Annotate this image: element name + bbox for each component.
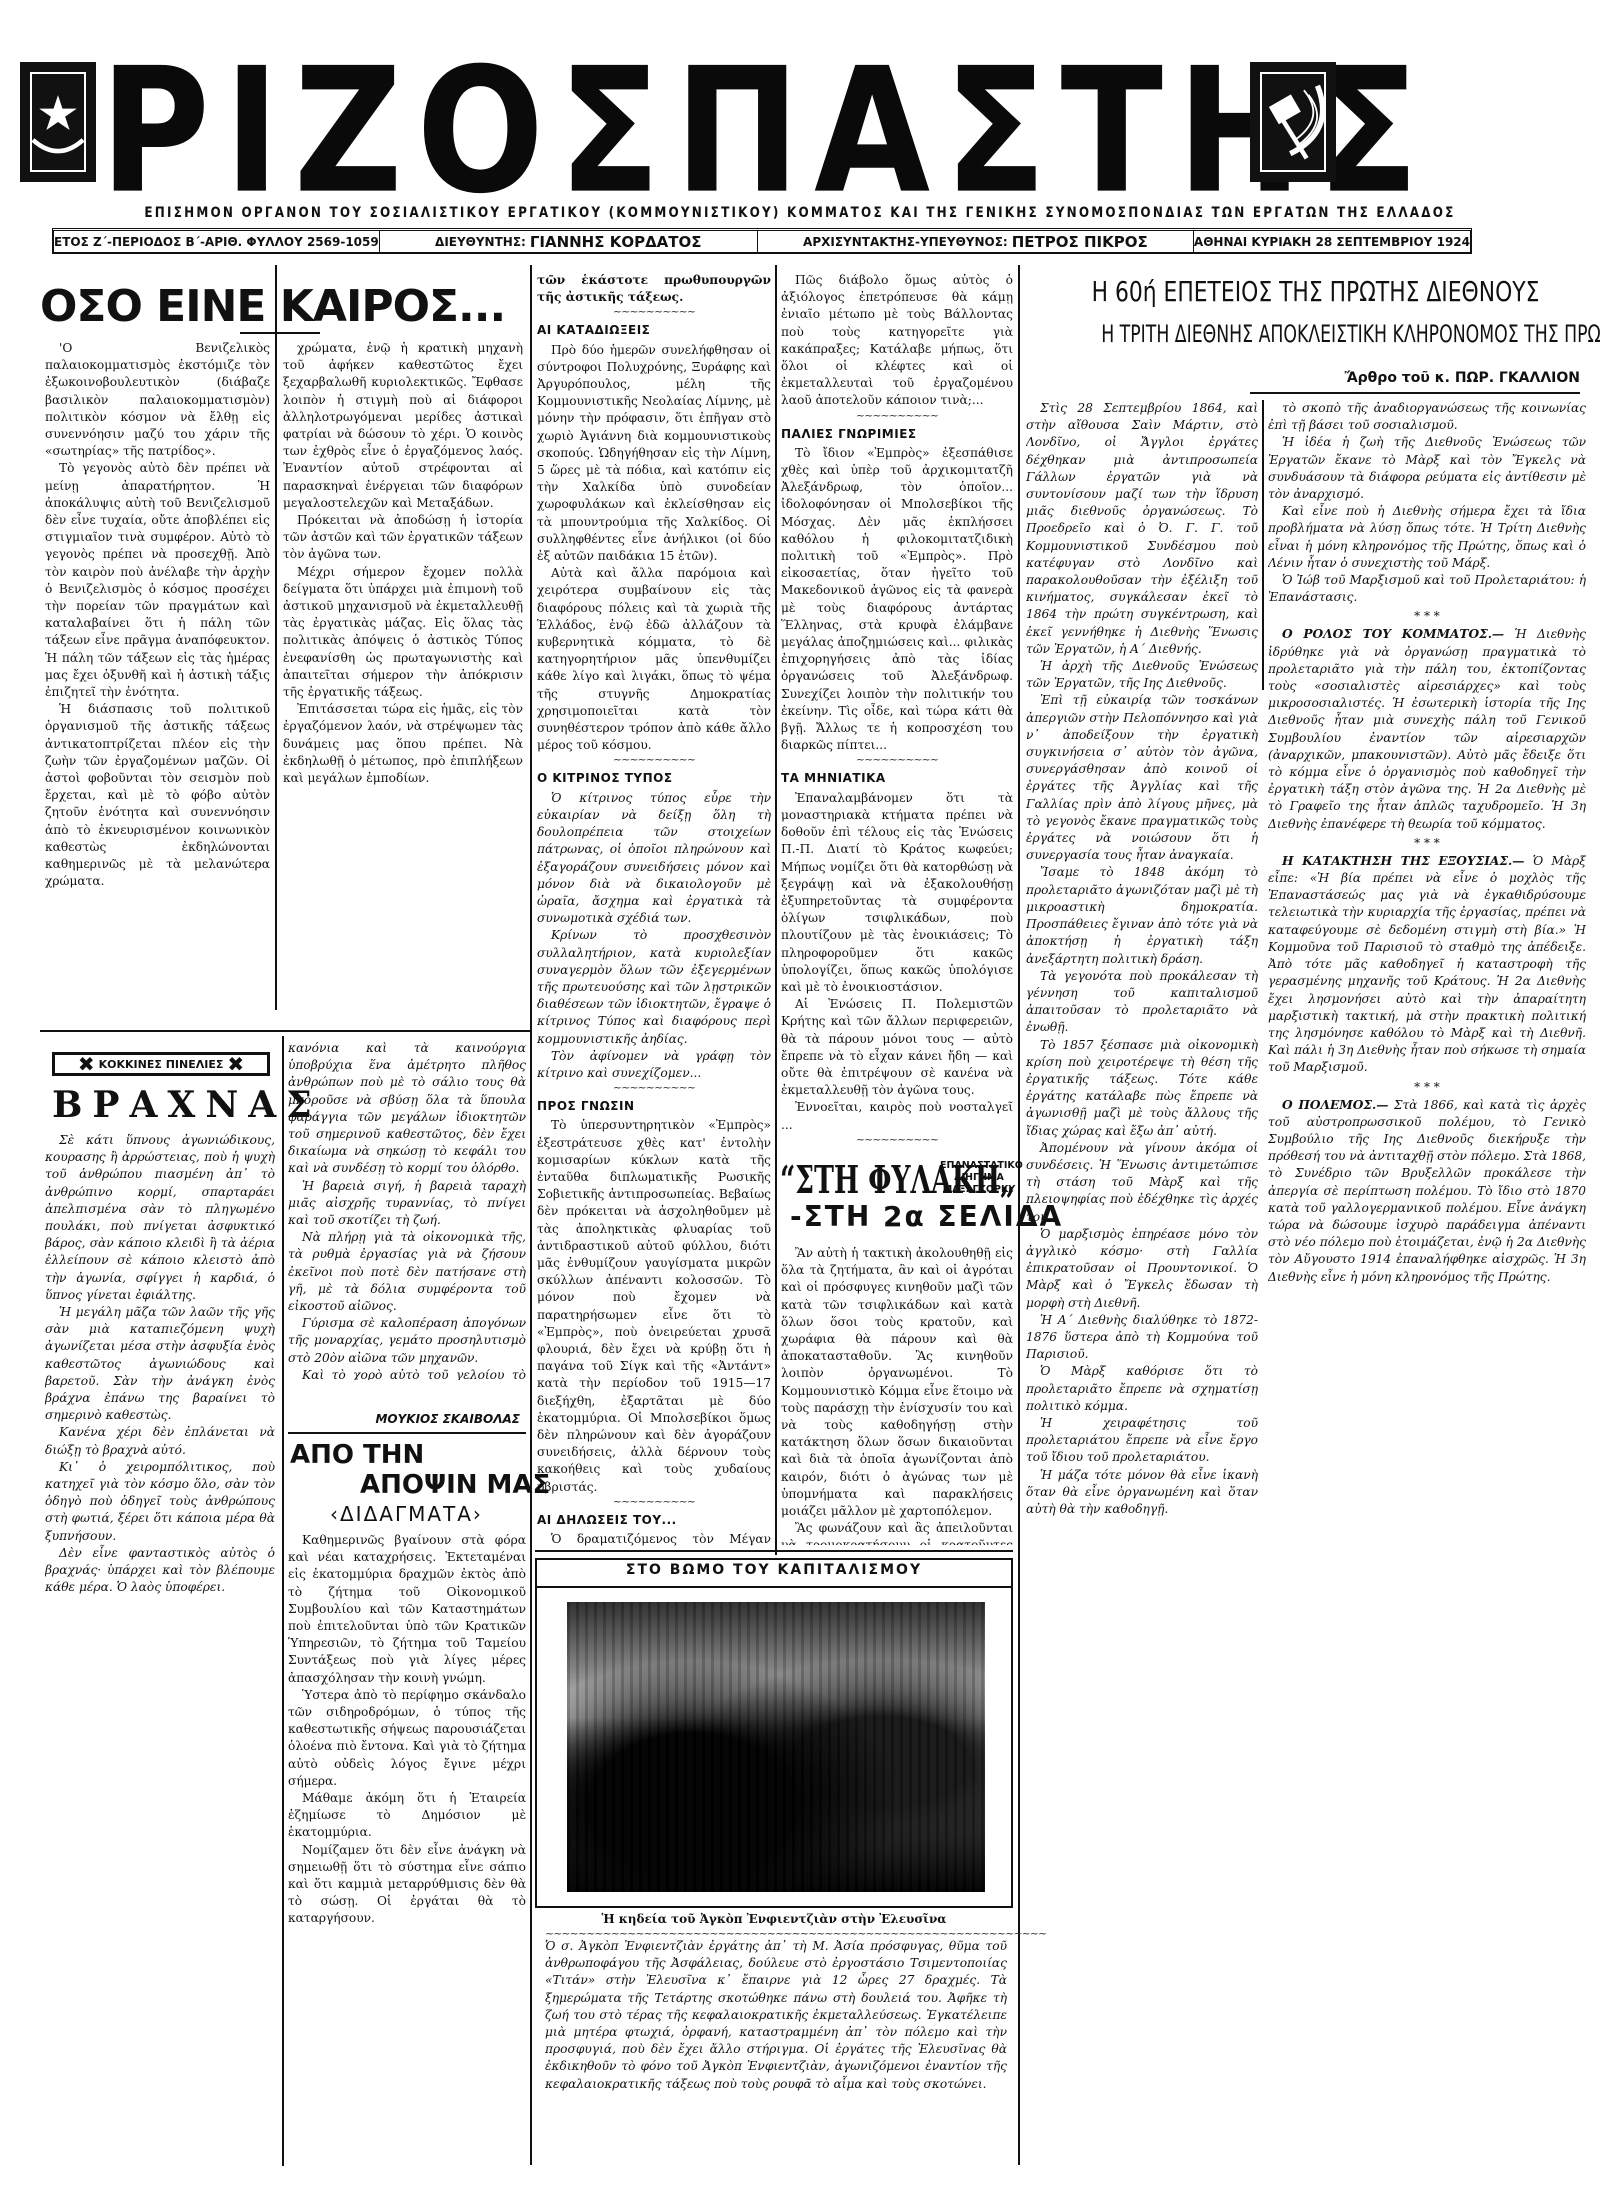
column-divider — [775, 265, 777, 1555]
paragraph: Τὰ γεγονότα ποὺ προκάλεσαν τὴ γέννηση το… — [1026, 968, 1258, 1037]
hammer-sickle-emblem — [1250, 62, 1336, 182]
paragraph: Ἡ χειραφέτησις τοῦ προλεταριάτου ἔπρεπε … — [1026, 1415, 1258, 1467]
section-title: Ο ΚΙΤΡΙΝΟΣ ΤΥΠΟΣ — [537, 770, 771, 787]
paragraph: Ὁ δραματιζόμενος τὸν Μέγαν Ἀλέξανδρον Κρ… — [537, 1531, 771, 1552]
photo-feature-body: Ὁ σ. Ἀγκὸπ Ἐνφιεντζιὰν ἐργάτης ἀπ᾿ τὴ Μ.… — [545, 1938, 1007, 2093]
promo-story-kicker: ΕΠΑΝΑΣΤΑΤΙΚΟ ΔΙΗΓΗΜΑ ΜΑΞ. ΓΚΟΡΚΥ — [940, 1160, 1018, 1196]
section-divider — [288, 1432, 526, 1434]
section-title: ΑΙ ΔΗΛΩΣΕΙΣ ΤΟΥ... — [537, 1512, 771, 1529]
column-kicker-box: ✖ ΚΟΚΚΙΝΕΣ ΠΙΝΕΛΙΕΣ ✖ — [52, 1052, 270, 1076]
section-title: ΤΟ ΖΗΤΗΜΑ ΤΟΥ ΕΦΟΔΙΟΥ — [781, 1150, 1013, 1152]
paragraph: Δὲν εἶνε φανταστικὸς αὐτὸς ὁ βραχνάς· ὑπ… — [45, 1545, 275, 1597]
issue-number: ΕΤΟΣ Ζ΄-ΠΕΡΙΟΔΟΣ Β΄-ΑΡΙΘ. ΦΥΛΛΟΥ 2569-10… — [54, 231, 380, 252]
paragraph: Πρὸ δύο ἡμερῶν συνελήφθησαν οἱ σύντροφοι… — [537, 342, 771, 566]
paragraph: χρώματα, ἐνῷ ἡ κρατικὴ μηχανὴ τοῦ ἀφήκεν… — [283, 340, 523, 512]
paragraph: Ἡ μεγάλη μᾶζα τῶν λαῶν τῆς γῆς σὰν μιὰ κ… — [45, 1304, 275, 1424]
paragraph: Τὸν ἀφίνομεν νὰ γράφῃ τὸν κίτρινο καὶ συ… — [537, 1048, 771, 1082]
article-author: ΜΟΥΚΙΟΣ ΣΚΑΙΒΟΛΑΣ — [330, 1412, 520, 1426]
paragraph: Ἡ ἰδέα ἡ ζωὴ τῆς Διεθνοῦς Ἐνώσεως τῶν Ἐρ… — [1268, 434, 1586, 503]
x-ornament-icon: ✖ — [78, 1052, 95, 1076]
paragraph: Μέχρι σήμερον ἔχομεν πολλὰ δείγματα ὅτι … — [283, 564, 523, 702]
vraxnas-headline: ΒΡΑΧΝΑΣ — [52, 1084, 272, 1126]
paragraph: 'Ο Βενιζελικὸς παλαιοκομματισμὸς ἐκστόμι… — [45, 340, 270, 460]
ornament-divider: ~~~~~~~~~~ — [537, 306, 771, 318]
director-label: ΔΙΕΥΘΥΝΤΗΣ: — [435, 235, 526, 249]
apo-subheadline: ‹ΔΙΔΑΓΜΑΤΑ› — [330, 1502, 483, 1526]
section-title: ΤΑ ΜΗΝΙΑΤΙΚΑ — [781, 770, 1013, 787]
paragraph: Καὶ τὸ χορὸ αὐτὸ τοῦ γελοίου τὸ διαπλέκο… — [288, 1367, 526, 1380]
x-ornament-icon: ✖ — [227, 1052, 244, 1076]
paragraph: τῶν ἑκάστοτε πρωθυπουργῶν τῆς ἀστικῆς τά… — [537, 272, 771, 306]
editor-label: ΑΡΧΙΣΥΝΤΑΚΤΗΣ-ΥΠΕΥΘΥΝΟΣ: — [803, 235, 1008, 249]
vraxnas-column-2: κανόνια καὶ τὰ καινούργια ὑποβρύχια ἕνα … — [288, 1040, 526, 1380]
paragraph: Ὑστερα ἀπὸ τὸ περίφημο σκάνδαλο τῶν σιδη… — [288, 1687, 526, 1790]
paragraph: Νομίζαμεν ὅτι δὲν εἶνε ἀνάγκη νὰ σημειωθ… — [288, 1842, 526, 1928]
ornament-divider: ~~~~~~~~~~ — [781, 1134, 1013, 1146]
asterism-divider: * * * — [1268, 837, 1586, 849]
star-emblem — [20, 62, 96, 182]
paragraph: Ο ΠΟΛΕΜΟΣ.— Στὰ 1866, καὶ κατὰ τὶς ἀρχὲς… — [1268, 1097, 1586, 1286]
headline-underline — [240, 332, 320, 334]
paragraph: Γύρισμα σὲ καλοπέραση ἀπογόνων τῆς μοναρ… — [288, 1315, 526, 1367]
photo-caption: Ἡ κηδεία τοῦ Ἀγκὸπ Ἐνφιεντζιὰν στὴν Ἐλευ… — [535, 1912, 1013, 1926]
dateline: ΑΘΗΝΑΙ ΚΥΡΙΑΚΗ 28 ΣΕΠΤΕΜΒΡΙΟΥ 1924 — [1194, 231, 1470, 252]
paragraph: Αἱ Ἑνώσεις Π. Πολεμιστῶν Κρήτης καὶ τῶν … — [781, 996, 1013, 1099]
paragraph: Ἐπὶ τῇ εὐκαιρίᾳ τῶν τοσκάνων ἀπεργιῶν στ… — [1026, 692, 1258, 864]
column-divider — [282, 1036, 284, 2166]
paragraph: Ἂς φωνάζουν καὶ ἂς ἀπειλοῦνται νὰ τρομοκ… — [781, 1520, 1013, 1545]
subsection-text: Στὰ 1866, καὶ κατὰ τὶς ἀρχὲς τοῦ αὐστροπ… — [1268, 1098, 1586, 1284]
paragraph: Κι᾿ ὁ χειρομπόλιτικος, ποὺ κατηχεῖ γιὰ τ… — [45, 1459, 275, 1545]
ornament-divider: ~~~~~~~~~~ — [537, 754, 771, 766]
paragraph: Ἀπομένουν νὰ γίνουν ἀκόμα οἱ συνδέσεις. … — [1026, 1140, 1258, 1226]
subsection-title: Ο ΠΟΛΕΜΟΣ.— — [1282, 1098, 1388, 1112]
lead-article-column-1: 'Ο Βενιζελικὸς παλαιοκομματισμὸς ἐκστόμι… — [45, 340, 270, 1030]
paragraph: Ὁ Μὰρξ καθόρισε ὅτι τὸ προλεταριᾶτο ἔπρε… — [1026, 1363, 1258, 1415]
paragraph: Πῶς διάβολο ὅμως αὐτὸς ὁ ἀξιόλογος ἐπετρ… — [781, 272, 1013, 410]
paragraph: Κανένα χέρι δὲν ἐπλάνεται νὰ διώξῃ τὸ βρ… — [45, 1424, 275, 1458]
paragraph: τὸ σκοπὸ τῆς ἀναδιοργανώσεως τῆς κοινωνί… — [1268, 400, 1586, 434]
paragraph: Ἐπιτάσσεται τώρα εἰς ἡμᾶς, εἰς τὸν ἐργαζ… — [283, 701, 523, 787]
paragraph: Τὸ ὑπερσυντηρητικὸν «Ἐμπρὸς» ἐξεστράτευσ… — [537, 1117, 771, 1495]
apo-headline-line-2: ΑΠΟΨΙΝ ΜΑΣ — [360, 1470, 550, 1500]
paragraph: Ο ΡΟΛΟΣ ΤΟΥ ΚΟΜΜΑΤΟΣ.— Ἡ Διεθνὴς ἱδρύθηκ… — [1268, 626, 1586, 832]
section-title: ΠΡΟΣ ΓΝΩΣΙΝ — [537, 1098, 771, 1115]
photo-feature-box: ΣΤΟ ΒΩΜΟ ΤΟΥ ΚΑΠΙΤΑΛΙΣΜΟΥ — [535, 1558, 1013, 1908]
director-credit: ΔΙΕΥΘΥΝΤΗΣ: ΓΙΑΝΝΗΣ ΚΟΡΔΑΤΟΣ — [380, 231, 758, 252]
paragraph: Ἐννοεῖται, καιρὸς ποὺ νοσταλγεῖ ... — [781, 1099, 1013, 1133]
paragraph: Τὸ ἴδιον «Ἐμπρὸς» ἐξεσπάθισε χθὲς καὶ ὑπ… — [781, 445, 1013, 755]
photo-feature-title: ΣΤΟ ΒΩΜΟ ΤΟΥ ΚΑΠΙΤΑΛΙΣΜΟΥ — [537, 1562, 1011, 1578]
masthead-info-bar: ΕΤΟΣ Ζ΄-ΠΕΡΙΟΔΟΣ Β΄-ΑΡΙΘ. ΦΥΛΛΟΥ 2569-10… — [52, 228, 1472, 254]
article-byline: Ἄρθρο τοῦ κ. ΠΩΡ. ΓΚΑΛΛΙΟΝ — [1250, 370, 1580, 386]
asterism-divider: * * * — [1268, 610, 1586, 622]
paragraph: Τὸ 1857 ξέσπασε μιὰ οἰκονομικὴ κρίση ποὺ… — [1026, 1037, 1258, 1140]
news-briefs-column-a: τῶν ἑκάστοτε πρωθυπουργῶν τῆς ἀστικῆς τά… — [537, 272, 771, 1552]
right-subheadline: Η ΤΡΙΤΗ ΔΙΕΘΝΗΣ ΑΠΟΚΛΕΙΣΤΙΚΗ ΚΛΗΡΟΝΟΜΟΣ … — [1101, 320, 1519, 348]
section-title: ΠΑΛΙΕΣ ΓΝΩΡΙΜΙΕΣ — [781, 426, 1013, 443]
apo-article-body: Καθημερινῶς βγαίνουν στὰ φόρα καὶ νέαι κ… — [288, 1532, 526, 2172]
paragraph: Στὶς 28 Σεπτεμβρίου 1864, καὶ στὴν αἴθου… — [1026, 400, 1258, 658]
paragraph: Η ΚΑΤΑΚΤΗΣΗ ΤΗΣ ΕΞΟΥΣΙΑΣ.— Ὁ Μὰρξ εἶπε: … — [1268, 853, 1586, 1077]
promo-author: ΜΑΞ. ΓΚΟΡΚΥ — [940, 1184, 1018, 1196]
paragraph: Ἡ Α΄ Διεθνὴς διαλύθηκε τὸ 1872-1876 ὕστε… — [1026, 1312, 1258, 1364]
ornament-divider: ~~~~~~~~~~ — [537, 1082, 771, 1094]
subsection-text: Ὁ Μὰρξ εἶπε: «Ἡ βία πρέπει νὰ εἶνε ὁ μοχ… — [1268, 854, 1586, 1074]
right-article-column-2: τὸ σκοπὸ τῆς ἀναδιοργανώσεως τῆς κοινωνί… — [1268, 400, 1586, 2170]
paragraph: Ἂν αὐτὴ ἡ τακτικὴ ἀκολουθηθῇ εἰς ὅλα τὰ … — [781, 1245, 1013, 1520]
lead-article-column-2: χρώματα, ἐνῷ ἡ κρατικὴ μηχανὴ τοῦ ἀφήκεν… — [283, 340, 523, 1030]
section-title: ΑΙ ΚΑΤΑΔΙΩΞΕΙΣ — [537, 322, 771, 339]
paragraph: Αὐτὰ καὶ ἄλλα παρόμοια καὶ χειρότερα συμ… — [537, 565, 771, 754]
masthead-subtitle: ΕΠΙΣΗΜΟΝ ΟΡΓΑΝΟΝ ΤΟΥ ΣΟΣΙΑΛΙΣΤΙΚΟΥ ΕΡΓΑΤ… — [0, 204, 1600, 221]
star-icon — [24, 66, 92, 178]
paragraph: Ὁ μαρξισμὸς ἐπηρέασε μόνο τὸν ἀγγλικὸ κό… — [1026, 1226, 1258, 1312]
promo-kicker-text: ΕΠΑΝΑΣΤΑΤΙΚΟ ΔΙΗΓΗΜΑ — [940, 1160, 1018, 1184]
paragraph: Ἡ βαρειὰ σιγή, ἡ βαρειὰ ταραχὴ μιᾶς αἰσχ… — [288, 1178, 526, 1230]
newspaper-title: ΡΙΖΟΣΠΑΣΤΗΣ — [100, 40, 1240, 224]
director-name: ΓΙΑΝΝΗΣ ΚΟΡΔΑΤΟΣ — [530, 233, 702, 251]
subsection-title: Η ΚΑΤΑΚΤΗΣΗ ΤΗΣ ΕΞΟΥΣΙΑΣ.— — [1282, 854, 1524, 868]
news-briefs-column-b: Πῶς διάβολο ὅμως αὐτὸς ὁ ἀξιόλογος ἐπετρ… — [781, 272, 1013, 1152]
column-divider — [275, 265, 277, 1010]
paragraph: κανόνια καὶ τὰ καινούργια ὑποβρύχια ἕνα … — [288, 1040, 526, 1178]
column-divider — [530, 265, 532, 2165]
funeral-photo — [567, 1602, 985, 1892]
paragraph: Μάθαμε ἀκόμη ὅτι ἡ Ἑταιρεία ἐζημίωσε τὸ … — [288, 1790, 526, 1842]
paragraph: Ἡ ἀρχὴ τῆς Διεθνοῦς Ἑνώσεως τῶν Ἐργατῶν,… — [1026, 658, 1258, 692]
section-divider — [40, 1030, 530, 1032]
lead-headline: ΟΣΟ ΕΙΝΕ ΚΑΙΡΟΣ... — [40, 282, 510, 332]
vraxnas-column-1: Σὲ κάτι ὕπνους ἀγωνιώδικους, κουρασης ἢ … — [45, 1132, 275, 2172]
promo-page-reference: -ΣΤΗ 2α ΣΕΛΙΔΑ — [790, 1200, 1063, 1233]
editor-credit: ΑΡΧΙΣΥΝΤΑΚΤΗΣ-ΥΠΕΥΘΥΝΟΣ: ΠΕΤΡΟΣ ΠΙΚΡΟΣ — [758, 231, 1194, 252]
apo-headline-line-1: ΑΠΟ ΤΗΝ — [290, 1440, 424, 1470]
paragraph: Ὁ Ἰώβ τοῦ Μαρξισμοῦ καὶ τοῦ Προλεταριάτο… — [1268, 572, 1586, 606]
column-kicker: ΚΟΚΚΙΝΕΣ ΠΙΝΕΛΙΕΣ — [99, 1058, 224, 1071]
hammer-sickle-icon — [1254, 66, 1332, 178]
editor-name: ΠΕΤΡΟΣ ΠΙΚΡΟΣ — [1012, 233, 1148, 251]
news-briefs-column-b-continued: Ἂν αὐτὴ ἡ τακτικὴ ἀκολουθηθῇ εἰς ὅλα τὰ … — [781, 1245, 1013, 1545]
asterism-divider: * * * — [1268, 1081, 1586, 1093]
paragraph: Ἡ διάσπασις τοῦ πολιτικοῦ ὀργανισμοῦ τῆς… — [45, 701, 270, 890]
paragraph: Σὲ κάτι ὕπνους ἀγωνιώδικους, κουρασης ἢ … — [45, 1132, 275, 1304]
paragraph: Νὰ πλήρῃ γιὰ τὰ οἰκονομικὰ τῆς, τὰ ρυθμὰ… — [288, 1229, 526, 1315]
byline-underline — [1250, 392, 1580, 394]
paragraph: Ἡ μάζα τότε μόνον θὰ εἶνε ἱκανὴ ὅταν θὰ … — [1026, 1467, 1258, 1519]
ornament-divider: ~~~~~~~~~~ — [537, 1496, 771, 1508]
ornament-divider: ~~~~~~~~~~ — [781, 410, 1013, 422]
paragraph: Καὶ εἶνε ποὺ ἡ Διεθνὴς σήμερα ἔχει τὰ ἴδ… — [1268, 503, 1586, 572]
column-divider — [1262, 400, 1264, 690]
ornament-divider: ~~~~~~~~~~ — [781, 754, 1013, 766]
paragraph: Καθημερινῶς βγαίνουν στὰ φόρα καὶ νέαι κ… — [288, 1532, 526, 1687]
paragraph: Ἐπαναλαμβάνομεν ὅτι τὰ μοναστηριακὰ κτήμ… — [781, 790, 1013, 996]
subsection-text: Ἡ Διεθνὴς ἱδρύθηκε γιὰ νὰ ὀργανώσῃ πραγμ… — [1268, 627, 1586, 830]
title-underline — [537, 1586, 1011, 1588]
subsection-title: Ο ΡΟΛΟΣ ΤΟΥ ΚΟΜΜΑΤΟΣ.— — [1282, 627, 1504, 641]
paragraph: Τὸ γεγονὸς αὐτὸ δὲν πρέπει νὰ μείνῃ ἀπαρ… — [45, 460, 270, 701]
paragraph: Ἴσαμε τὸ 1848 ἀκόμη τὸ προλεταριᾶτο ἀγων… — [1026, 864, 1258, 967]
paragraph: Ὁ κίτρινος τύπος εὗρε τὴν εὐκαιρίαν νὰ δ… — [537, 790, 771, 928]
paragraph: Πρόκειται νὰ ἀποδώσῃ ἡ ἱστορία τῶν ἀστῶν… — [283, 512, 523, 564]
paragraph: Κρίνων τὸ προσχθεσινὸν συλλαλητήριον, κα… — [537, 927, 771, 1047]
right-headline: Η 60ή ΕΠΕΤΕΙΟΣ ΤΗΣ ΠΡΩΤΗΣ ΔΙΕΘΝΟΥΣ — [1092, 275, 1529, 308]
right-article-column-1: Στὶς 28 Σεπτεμβρίου 1864, καὶ στὴν αἴθου… — [1026, 400, 1258, 2170]
